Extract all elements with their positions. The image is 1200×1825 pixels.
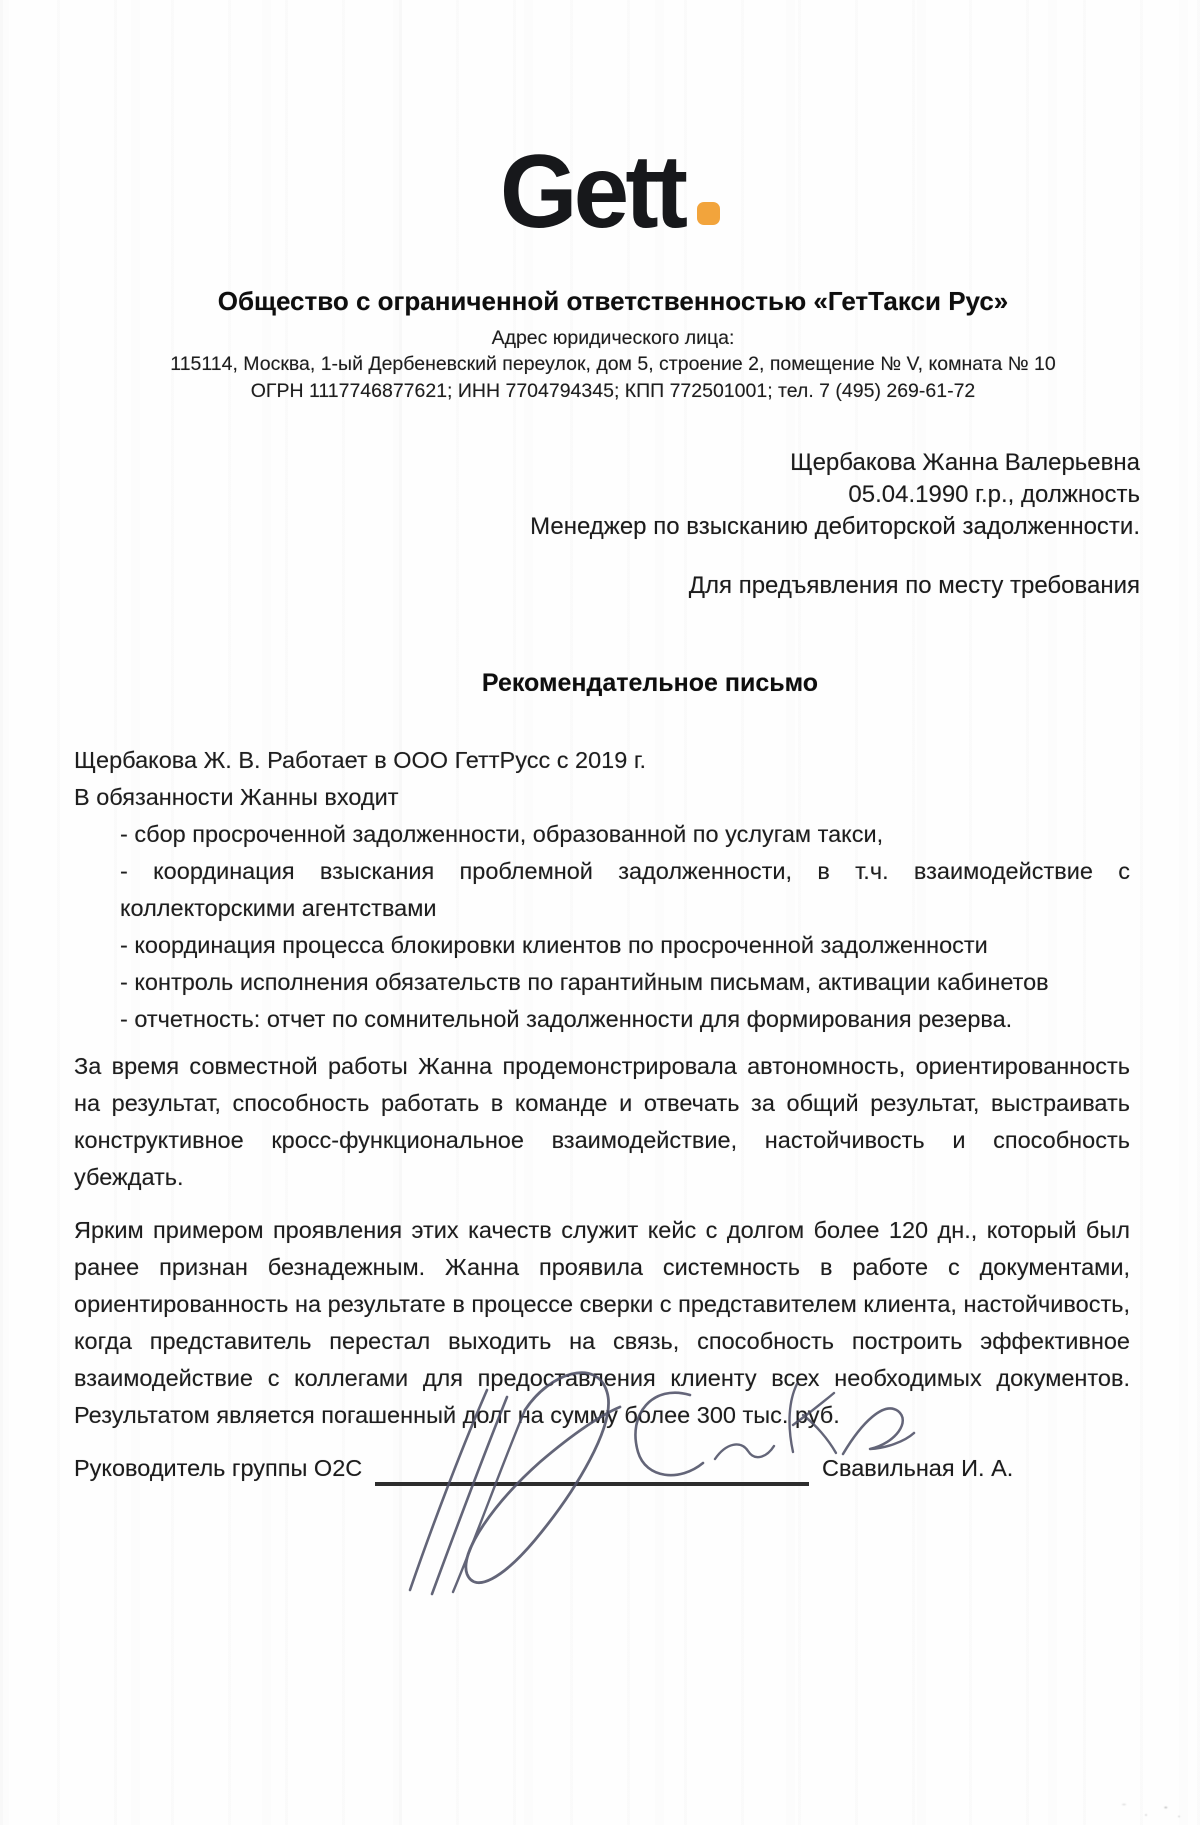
duty-item: - координация процесса блокировки клиент… <box>120 927 1130 964</box>
addressee-birthdate: 05.04.1990 г.р., должность <box>530 479 1140 511</box>
address-label: Адрес юридического лица: <box>13 327 1200 350</box>
company-name: Общество с ограниченной ответственностью… <box>13 286 1200 317</box>
intro-line-1: Щербакова Ж. В. Работает в ООО ГеттРусс … <box>74 742 1130 779</box>
letter-body: Щербакова Ж. В. Работает в ООО ГеттРусс … <box>74 742 1130 1434</box>
duty-item: - сбор просроченной задолженности, образ… <box>120 816 1130 853</box>
duty-item: - контроль исполнения обязательств по га… <box>120 964 1130 1001</box>
gett-logo: Gett <box>8 132 1200 252</box>
signature-role-label: Руководитель группы O2C <box>74 1455 362 1482</box>
gett-logo-text: Gett <box>500 132 684 252</box>
addressee-block: Щербакова Жанна Валерьевна 05.04.1990 г.… <box>530 447 1140 543</box>
duty-item: - отчетность: отчет по сомнительной задо… <box>120 1001 1130 1038</box>
scanned-letter-page: Gett Общество с ограниченной ответственн… <box>0 0 1200 1825</box>
scan-smudge <box>1080 1791 1190 1821</box>
handwritten-signature <box>335 1362 925 1597</box>
gett-logo-dot <box>697 202 720 225</box>
addressee-position: Менеджер по взысканию дебиторской задолж… <box>530 511 1140 543</box>
qualities-paragraph: За время совместной работы Жанна продемо… <box>74 1048 1130 1196</box>
duty-item: - координация взыскания проблемной задол… <box>120 853 1130 927</box>
address-line: 115114, Москва, 1-ый Дербеневский переул… <box>13 353 1200 376</box>
intro-block: Щербакова Ж. В. Работает в ООО ГеттРусс … <box>74 742 1130 816</box>
intro-line-2: В обязанности Жанны входит <box>74 779 1130 816</box>
registration-line: ОГРН 1117746877621; ИНН 7704794345; КПП … <box>13 380 1200 403</box>
presentation-purpose: Для предъявления по месту требования <box>689 572 1140 600</box>
letter-title: Рекомендательное письмо <box>50 669 1200 698</box>
duties-list: - сбор просроченной задолженности, образ… <box>120 816 1130 1038</box>
addressee-name: Щербакова Жанна Валерьевна <box>530 447 1140 479</box>
